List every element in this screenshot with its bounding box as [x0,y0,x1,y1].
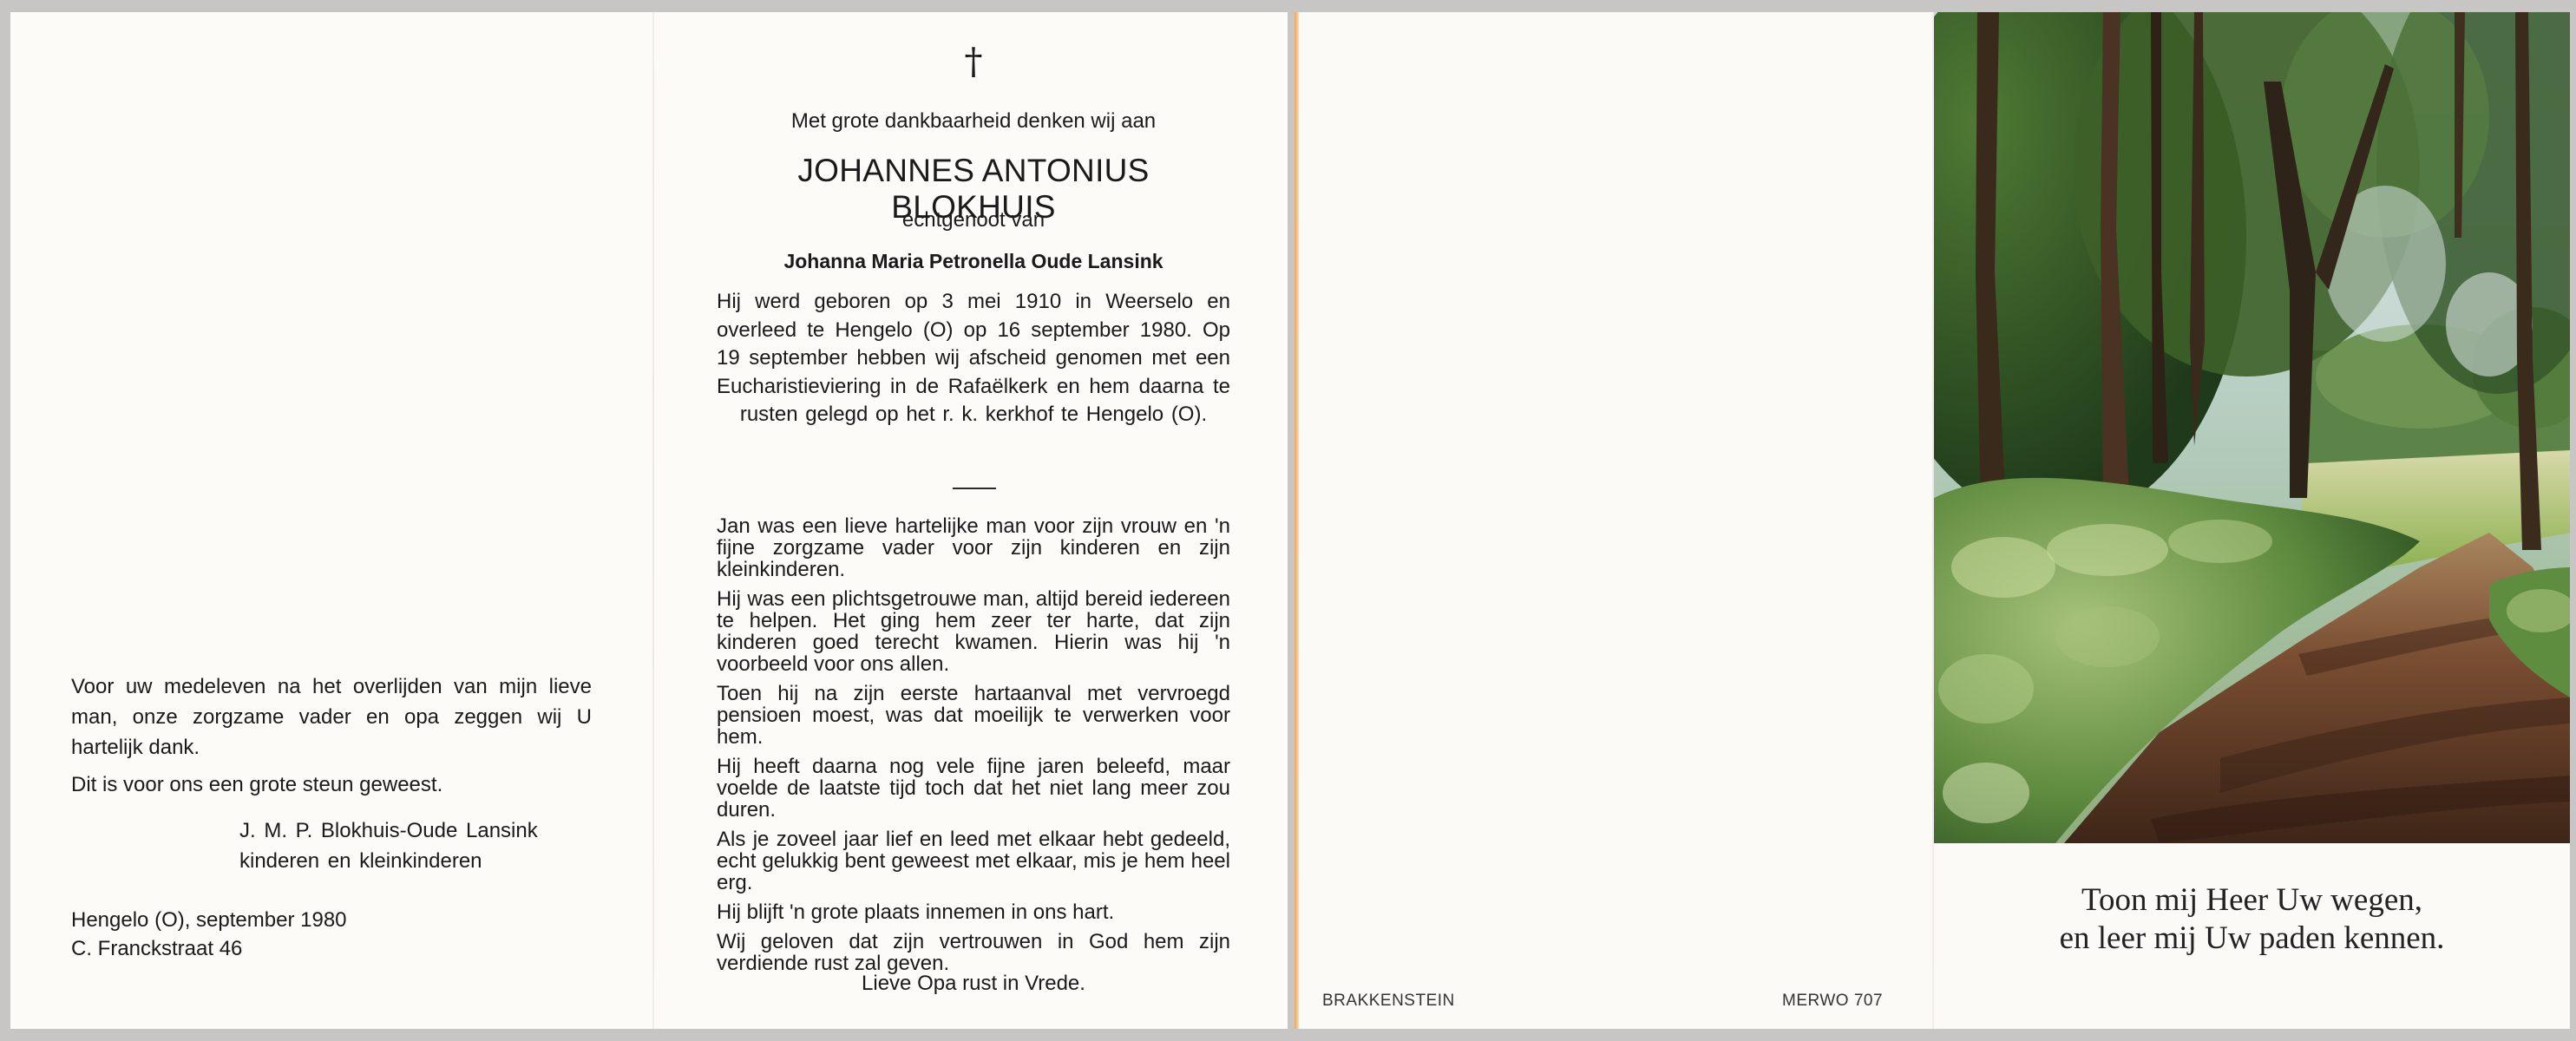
card-fold-line [652,12,654,1029]
memory-paragraph: Wij geloven dat zijn vertrouwen in God h… [717,931,1230,974]
spouse-label: echtgenoot van [717,208,1230,232]
memory-paragraph: Hij blijft 'n grote plaats innemen in on… [717,901,1230,923]
thank-you-note: Voor uw medeleven na het overlijden van … [71,671,592,800]
place-date: Hengelo (O), september 1980 [71,906,592,934]
signature-block: J. M. P. Blokhuis-Oude Lansink kinderen … [239,815,604,876]
memory-paragraph: Als je zoveel jaar lief en leed met elka… [717,828,1230,894]
thanks-paragraph: Dit is voor ons een grote steun geweest. [71,769,592,800]
farewell-line: Lieve Opa rust in Vrede. [717,972,1230,996]
memorial-intro: Met grote dankbaarheid denken wij aan [717,109,1230,134]
thanks-paragraph: Voor uw medeleven na het overlijden van … [71,671,592,763]
cross-icon: † [717,42,1230,82]
caption-line: en leer mij Uw paden kennen. [1934,920,2570,958]
street-address: C. Franckstraat 46 [71,934,592,963]
memory-paragraph: Hij was een plichtsgetrouwe man, altijd … [717,588,1230,675]
memorial-card-outside: BRAKKENSTEIN MERWO 707 [1295,12,2570,1029]
section-divider [953,488,996,489]
life-summary: Hij werd geboren op 3 mei 1910 in Weerse… [717,288,1230,429]
memory-paragraph: Toen hij na zijn eerste hartaanval met v… [717,683,1230,748]
signature-family: kinderen en kleinkinderen [239,846,604,876]
tree-lined-path-photo [1934,12,2570,843]
memory-paragraph: Hij heeft daarna nog vele fijne jaren be… [717,756,1230,821]
signature-name: J. M. P. Blokhuis-Oude Lansink [239,815,604,846]
memory-paragraph: Jan was een lieve hartelijke man voor zi… [717,515,1230,580]
spouse-name: Johanna Maria Petronella Oude Lansink [717,250,1230,273]
memorial-card-inside: Voor uw medeleven na het overlijden van … [10,12,1288,1029]
memorial-text-panel: † Met grote dankbaarheid denken wij aan … [717,12,1230,1029]
caption-line: Toon mij Heer Uw wegen, [1934,881,2570,920]
memories-list: Jan was een lieve hartelijke man voor zi… [717,515,1230,982]
scripture-caption: Toon mij Heer Uw wegen, en leer mij Uw p… [1934,881,2570,958]
product-code: MERWO 707 [1782,992,1883,1011]
publisher-imprint: BRAKKENSTEIN [1322,992,1455,1011]
address-block: Hengelo (O), september 1980 C. Franckstr… [71,906,592,963]
